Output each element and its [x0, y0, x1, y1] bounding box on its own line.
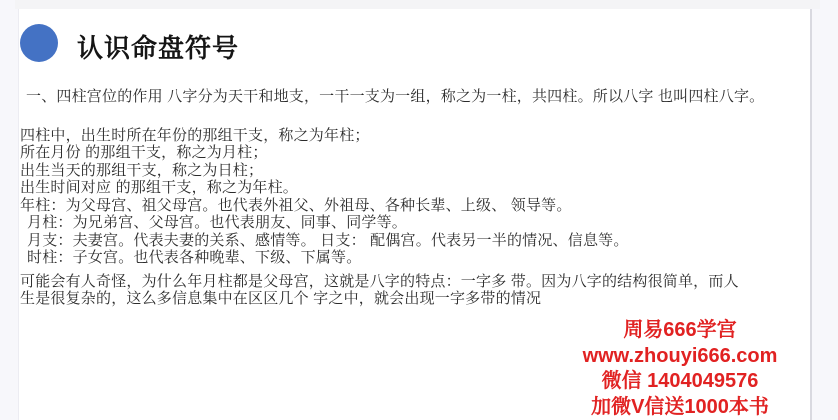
intro-paragraph: 一、四柱宫位的作用 八字分为天干和地支，一干一支为一组，称之为一柱，共四柱。所以… [20, 88, 780, 106]
watermark-block: 周易666学宫 www.zhouyi666.com 微信 1404049576 … [530, 318, 830, 420]
page-title: 认识命盘符号 [77, 28, 239, 65]
watermark-brand: 周易666学宫 [530, 318, 830, 344]
palace-line-month: 月柱：为兄弟宫、父母宫。也代表朋友、同事、同学等。 [20, 214, 780, 232]
watermark-website: www.zhouyi666.com [530, 344, 830, 370]
conclusion-line-1: 可能会有人奇怪，为什么年月柱都是父母宫，这就是八字的特点：一字多 带。因为八字的… [20, 273, 780, 291]
top-strip [15, 0, 820, 9]
palace-line-children: 时柱：子女宫。也代表各种晚辈、下级、下属等。 [20, 249, 780, 267]
conclusion-line-2: 生是很复杂的，这么多信息集中在区区几个 字之中，就会出现一字多带的情况 [20, 290, 780, 308]
palace-line-spouse: 月支：夫妻宫。代表夫妻的关系、感情等。 日支： 配偶宫。代表另一半的情况、信息等… [20, 232, 780, 250]
palace-line-year: 年柱：为父母宫、祖父母宫。也代表外祖父、外祖母、各种长辈、上级、 领导等。 [20, 197, 780, 215]
definition-line-day: 出生当天的那组干支，称之为日柱； [20, 162, 780, 180]
watermark-wechat: 微信 1404049576 [530, 369, 830, 395]
document-body: 一、四柱宫位的作用 八字分为天干和地支，一干一支为一组，称之为一柱，共四柱。所以… [20, 88, 780, 308]
watermark-promo: 加微V信送1000本书 [530, 395, 830, 420]
definition-line-hour: 出生时间对应 的那组干支，称之为年柱。 [20, 179, 780, 197]
definition-line-month: 所在月份 的那组干支，称之为月柱； [20, 144, 780, 162]
page-background: 认识命盘符号 一、四柱宫位的作用 八字分为天干和地支，一干一支为一组，称之为一柱… [0, 0, 838, 420]
bullet-circle-icon [20, 24, 58, 62]
definition-line-year: 四柱中，出生时所在年份的那组干支，称之为年柱； [20, 127, 780, 145]
